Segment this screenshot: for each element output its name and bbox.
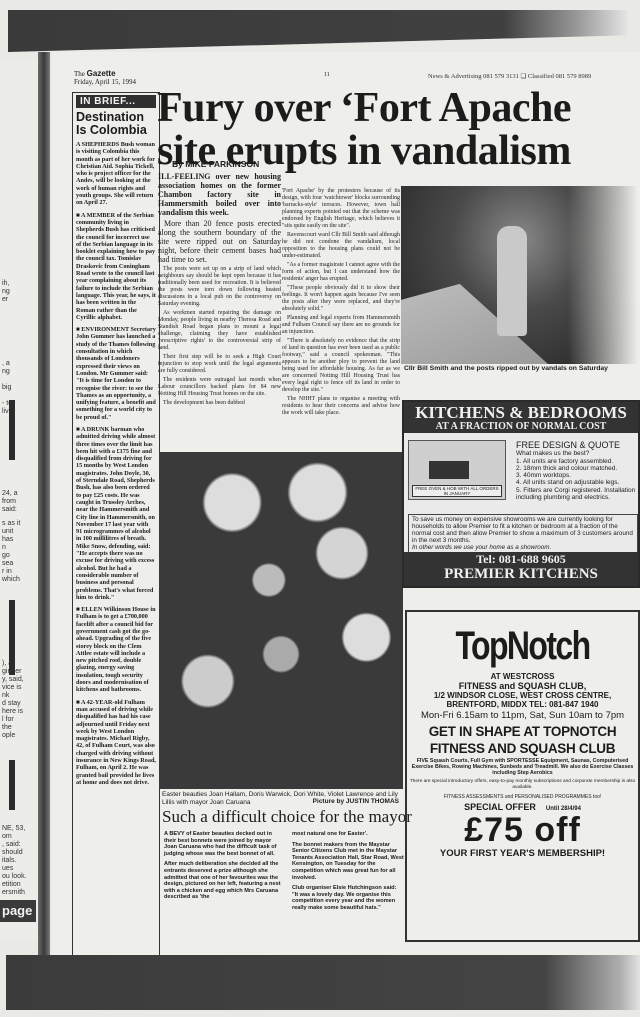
club-name: FITNESS and SQUASH CLUB, [409,681,636,691]
address-line-2: BRENTFORD, MIDDX TEL: 081-847 1940 [409,700,636,709]
previous-page-text-fragment: itals. [2,857,16,865]
body-para: Planning and legal experts from Hammersm… [282,315,400,336]
previous-page-text-fragment: om [2,833,12,841]
body-para: "As a former magistrate I cannot agree w… [282,262,400,283]
previous-page-bar [9,760,15,810]
body-para: The posts were set up on a strip of land… [158,266,281,308]
body-para: 'Fort Apache' by the protesters because … [282,188,400,230]
body-para: Ravenscourt ward Cllr Bill Smith said al… [282,232,400,260]
previous-page-text-fragment: big [2,384,11,392]
photo-caption: Cllr Bill Smith and the posts ripped out… [404,365,608,372]
byline: By MIKE PARKINSON [172,159,259,169]
previous-page-bar [9,600,15,675]
image-tag: FREE OVEN & HOB WITH ALL ORDERS IN JANUA… [412,485,502,497]
body-para: The NHHT plans to organise a meeting wit… [282,396,400,417]
body-para: After much deliberation she decided all … [164,861,284,901]
page-number: 11 [324,72,330,78]
body-para: The development has been dubbed [158,400,281,407]
slogan-line-2: FITNESS AND SQUASH CLUB [409,741,636,756]
previous-page-text-fragment: d stay [2,700,21,708]
feature-point: 1. All units are factory assembled. [516,458,640,465]
previous-page-text-fragment: y, said, [2,676,24,684]
paper-prefix: The [74,70,85,78]
contact-numbers: News & Advertising 081 579 3131 ❏ Classi… [428,72,591,80]
ad-subheadline: AT A FRACTION OF NORMAL COST [404,421,638,432]
feature-point: 5. Fitters are Corgi registered. Install… [516,487,640,502]
brief-item: ■ A MEMBER of the Serbian community livi… [76,212,156,321]
brief-item: ■ A DRUNK barman who admitted driving wh… [76,426,156,601]
bonnet-photo-caption: Easter beauties Joan Hallam, Doris Warwi… [162,791,407,806]
kitchen-image: FREE OVEN & HOB WITH ALL ORDERS IN JANUA… [408,440,506,500]
question: What makes us the best? [516,450,640,457]
body-para: Club organiser Elsie Hutchingson said: "… [292,885,404,911]
previous-page-text-fragment: s as it [2,520,20,528]
previous-page-text-fragment: ople [2,732,15,740]
previous-page-text-fragment: ng [2,368,10,376]
previous-page-text-fragment: ng [2,288,10,296]
brief-item: A SHEPHERDS Bush woman is visiting Colom… [76,141,156,207]
previous-page-text-fragment: vice is [2,684,21,692]
assessments: FITNESS ASSESSMENTS and PERSONALISED PRO… [409,794,636,800]
previous-page-text-fragment: ou look. [2,873,27,881]
page-spine [38,52,50,957]
previous-page-text-fragment: has [2,536,13,544]
photo-fade [568,186,638,364]
previous-page-text-fragment: which [2,576,20,584]
lead-story-column-2: 'Fort Apache' by the protesters because … [282,186,400,417]
previous-page-text-fragment: should [2,849,23,857]
scan-shadow-top [8,10,628,52]
scan-shadow-bottom [6,955,640,1010]
opening-hours: Mon-Fri 6.15am to 11pm, Sat, Sun 10am to… [409,710,636,722]
ad-premier-kitchens: KITCHENS & BEDROOMS AT A FRACTION OF NOR… [402,400,640,588]
previous-page-text-fragment: the [2,724,12,732]
photo-easter-bonnets [159,452,403,789]
previous-page-text-fragment: unit [2,528,13,536]
brief-item: ■ A 42-YEAR-old Fulham man accused of dr… [76,699,156,787]
address-line-1: 1/2 WINDSOR CLOSE, WEST CROSS CENTRE, [409,691,636,700]
body-para: As workmen started repairing the damage … [158,310,281,352]
previous-page-text-fragment: er [2,296,8,304]
newspaper-page: The Gazette Friday, April 15, 1994 11 Ne… [52,52,640,956]
ad-topnotch: TopNotch AT WESTCROSS FITNESS and SQUASH… [405,610,640,942]
previous-page-text-fragment: here is [2,708,23,716]
paper-name: Gazette [87,69,116,78]
previous-page-text-fragment: etition [2,881,21,889]
note-italic: In other words we use your home as a sho… [412,544,634,551]
ad-headline: KITCHENS & BEDROOMS [404,404,638,421]
body-para: The bonnet makers from the Maystar Senio… [292,842,404,882]
ad-footer: Tel: 081-688 9605 PREMIER KITCHENS [404,552,638,586]
bonnet-column-2: most natural one for Easter'. The bonnet… [292,831,404,916]
previous-page-text-fragment: ih, [2,280,9,288]
lead-intro: ILL-FEELING over new housing association… [158,172,281,217]
previous-page-text-fragment: , said: [2,841,21,849]
previous-page-text-fragment: from [2,498,16,506]
feature-point: 2. 18mm thick and colour matched. [516,465,640,472]
previous-page-text-fragment: 24, a [2,490,18,498]
body-para: most natural one for Easter'. [292,831,404,838]
previous-page-text-fragment: said: [2,506,17,514]
note-text: To save us money on expensive showrooms … [412,516,634,544]
body-para: "There is absolutely no evidence that th… [282,338,400,394]
offer-title: FREE DESIGN & QUOTE [516,442,640,449]
previous-page-text-fragment: r in [2,568,12,576]
previous-page-text-fragment: l for [2,716,14,724]
in-brief-label: IN BRIEF... [76,95,156,108]
ad-note: To save us money on expensive showrooms … [408,514,638,553]
price-off: £75 off [409,812,636,848]
ad-brand: PREMIER KITCHENS [404,566,638,582]
in-brief-title: Destination Is Colombia [76,111,156,137]
brief-item: ■ ELLEN Wilkinson House in Fulham is to … [76,606,156,694]
issue-date: Friday, April 15, 1994 [74,78,136,86]
previous-page-text-fragment: n [2,544,6,552]
masthead: The Gazette Friday, April 15, 1994 [74,70,136,86]
slogan-line-1: GET IN SHAPE AT TOPNOTCH [409,724,636,739]
membership-line: YOUR FIRST YEAR'S MEMBERSHIP! [409,848,636,859]
previous-page-text-fragment: go [2,552,10,560]
previous-page-text-fragment: NE, 53, [2,825,25,833]
feature-point: 3. 40mm worktops. [516,472,640,479]
lead-story-column-1: ILL-FEELING over new housing association… [158,172,281,407]
ad-feature-list: FREE DESIGN & QUOTE What makes us the be… [516,442,640,501]
photo-credit: Picture by JUSTIN THOMAS [313,798,399,806]
in-brief-column: IN BRIEF... Destination Is Colombia A SH… [72,92,160,960]
ad-phone: Tel: 081-688 9605 [404,552,638,566]
previous-page-tab: page [0,900,36,922]
previous-page-edge: ih,nger, angbig- tolive24, afromsaid:s a… [0,60,38,940]
kitchen-unit-shape [429,461,469,479]
previous-page-text-fragment: nk [2,692,9,700]
photo-person-shape [497,226,527,336]
topnotch-logo: TopNotch [432,624,614,668]
location-line: AT WESTCROSS [409,672,636,681]
brief-item: ■ ENVIRONMENT Secretary John Gummer has … [76,326,156,421]
previous-page-text-fragment: ues [2,865,13,873]
intro-offers: There are special introductory offers, e… [409,779,636,790]
bonnet-column-1: A BEVY of Easter beauties decked out in … [164,831,284,905]
photo-councillor-fence [401,186,638,364]
previous-page-bar [9,400,15,460]
lead-para: More than 20 fence posts erected along t… [158,219,281,264]
ad-header: KITCHENS & BEDROOMS AT A FRACTION OF NOR… [404,402,638,433]
previous-page-text-fragment: sea [2,560,13,568]
bonnet-headline: Such a difficult choice for the mayor [162,807,412,826]
body-para: The residents were outraged last month w… [158,377,281,398]
body-para: "These people obviously did it to show t… [282,285,400,313]
previous-page-text-fragment: ersmith [2,889,25,897]
previous-page-text-fragment: , a [2,360,10,368]
body-para: Their first step will be to seek a High … [158,354,281,375]
facilities: FIVE Squash Courts, Full Gym with SPORTE… [409,758,636,776]
body-para: A BEVY of Easter beauties decked out in … [164,831,284,857]
feature-point: 4. All units stand on adjustable legs. [516,479,640,486]
